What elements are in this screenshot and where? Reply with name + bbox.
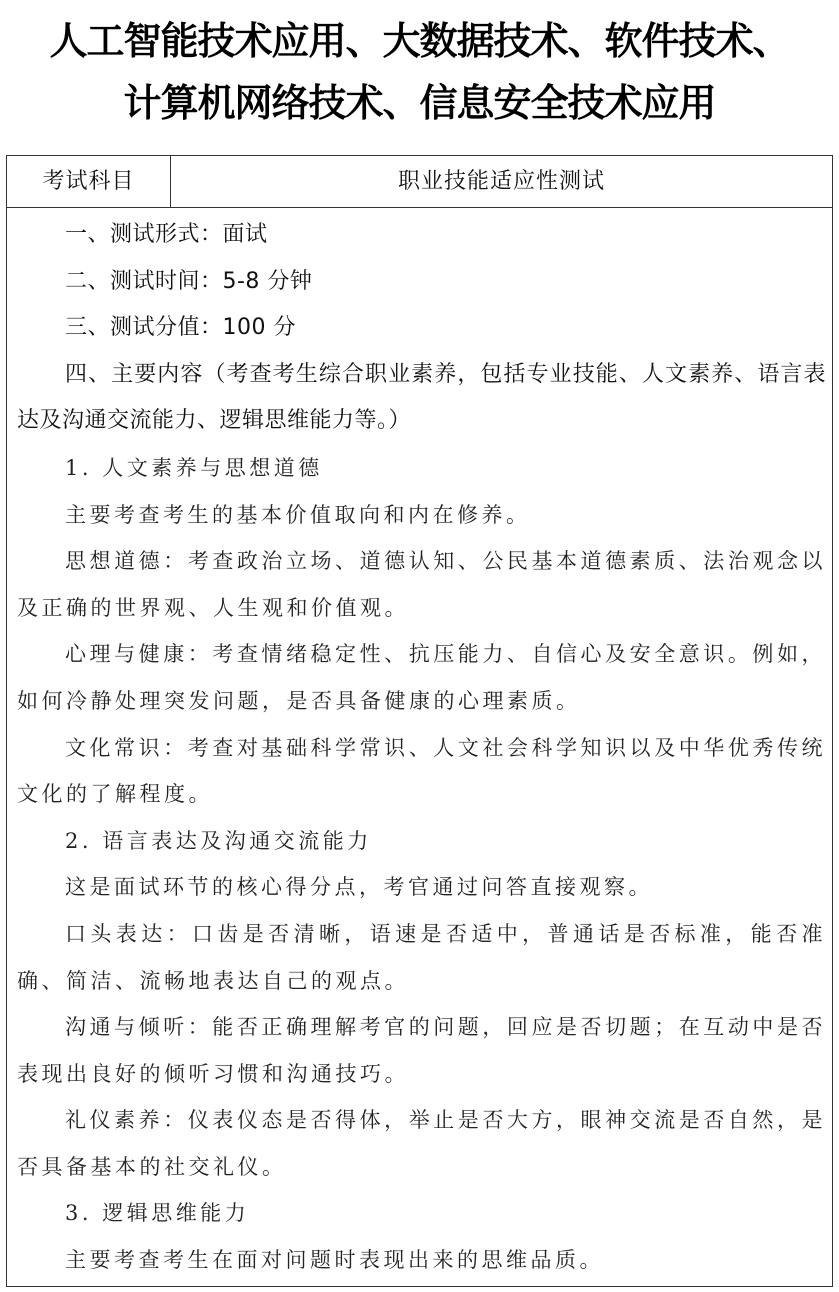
test-time: 二、测试时间：5-8 分钟: [17, 259, 826, 306]
item-paragraph: 礼仪素养：仪表仪态是否得体，举止是否大方，眼神交流是否自然，是否具备基本的社交礼…: [17, 1097, 826, 1190]
main-content: 四、主要内容（考查考生综合职业素养，包括专业技能、人文素养、语言表达及沟通交流能…: [17, 352, 826, 445]
exam-subject-value: 职业技能适应性测试: [171, 156, 832, 207]
title-line-2: 计算机网络技术、信息安全技术应用: [0, 72, 839, 134]
document-title: 人工智能技术应用、大数据技术、软件技术、 计算机网络技术、信息安全技术应用: [0, 10, 839, 134]
item-paragraph: 心理与健康：考查情绪稳定性、抗压能力、自信心及安全意识。例如，如何冷静处理突发问…: [17, 631, 826, 724]
item-paragraph: 这是面试环节的核心得分点，考官通过问答直接观察。: [17, 864, 826, 911]
exam-subject-label: 考试科目: [7, 156, 171, 207]
item-paragraph: 文化常识：考查对基础科学常识、人文社会科学知识以及中华优秀传统文化的了解程度。: [17, 725, 826, 818]
exam-info-table: 考试科目 职业技能适应性测试 一、测试形式：面试 二、测试时间：5-8 分钟 三…: [6, 155, 833, 1287]
item-paragraph: 主要考查考生的基本价值取向和内在修养。: [17, 492, 826, 539]
test-form: 一、测试形式：面试: [17, 212, 826, 259]
test-score: 三、测试分值：100 分: [17, 305, 826, 352]
item-heading: 2. 语言表达及沟通交流能力: [17, 818, 826, 865]
item-heading: 3. 逻辑思维能力: [17, 1190, 826, 1237]
item-paragraph: 口头表达：口齿是否清晰，语速是否适中，普通话是否标准，能否准确、简洁、流畅地表达…: [17, 911, 826, 1004]
item-paragraph: 思想道德：考查政治立场、道德认知、公民基本道德素质、法治观念以及正确的世界观、人…: [17, 538, 826, 631]
table-body: 一、测试形式：面试 二、测试时间：5-8 分钟 三、测试分值：100 分 四、主…: [7, 208, 832, 1286]
item-paragraph: 沟通与倾听：能否正确理解考官的问题，回应是否切题；在互动中是否表现出良好的倾听习…: [17, 1004, 826, 1097]
title-line-1: 人工智能技术应用、大数据技术、软件技术、: [0, 10, 839, 72]
table-header-row: 考试科目 职业技能适应性测试: [7, 156, 832, 208]
item-paragraph: 主要考查考生在面对问题时表现出来的思维品质。: [17, 1237, 826, 1284]
item-heading: 1. 人文素养与思想道德: [17, 445, 826, 492]
